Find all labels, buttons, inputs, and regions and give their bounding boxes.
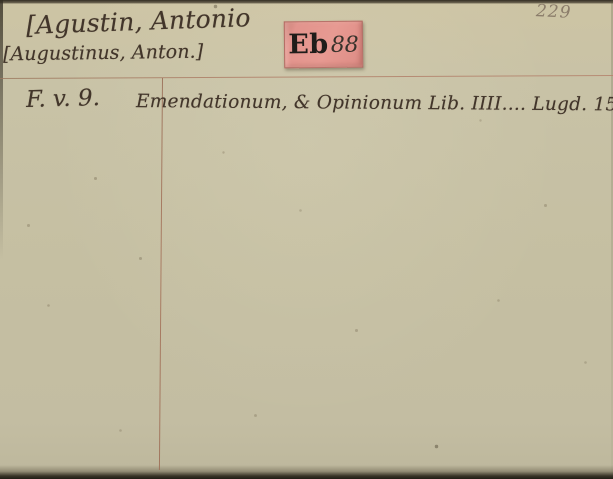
card-top-edge xyxy=(0,0,613,4)
entry-line: Emendationum, & Opinionum Lib. IIII.... … xyxy=(136,91,613,116)
card-bottom-edge xyxy=(0,465,613,479)
card-left-edge xyxy=(0,0,3,260)
shelfmark-label: Eb 88 xyxy=(284,21,363,69)
paper-speckles xyxy=(0,0,1,1)
shelfmark-number: 88 xyxy=(331,33,359,58)
catalog-card-scan: 229 [Agustin, Antonio [Augustinus, Anton… xyxy=(0,0,613,479)
page-number: 229 xyxy=(536,1,572,23)
author-variant-heading: [Augustinus, Anton.] xyxy=(3,41,204,66)
call-number: F. v. 9. xyxy=(26,85,100,113)
card-paper xyxy=(0,0,613,479)
shelfmark-prefix: Eb xyxy=(288,29,329,60)
